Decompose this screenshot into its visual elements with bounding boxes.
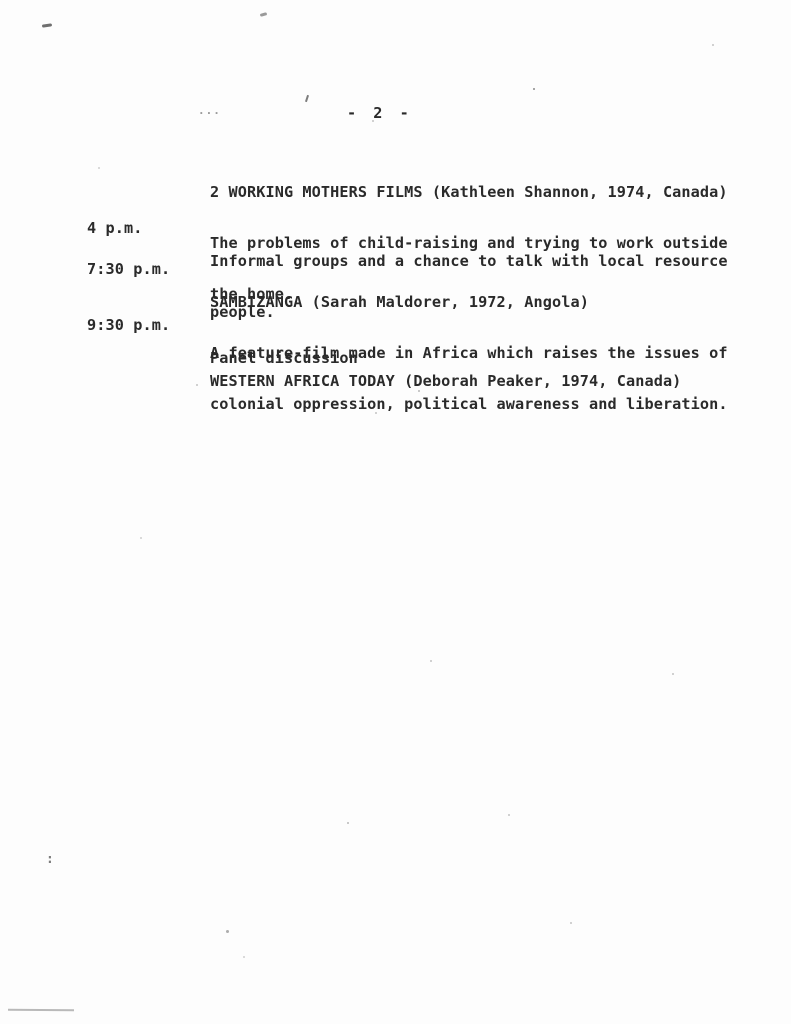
scan-speckle — [98, 167, 100, 169]
scan-colon-mark: : — [46, 852, 54, 867]
scanned-document-page: ... : - 2 - 2 WORKING MOTHERS FILMS (Kat… — [0, 0, 791, 1024]
entry-line: WESTERN AFRICA TODAY (Deborah Peaker, 19… — [210, 373, 681, 390]
entry-time: 4 p.m. — [87, 219, 142, 237]
intro-line: 2 WORKING MOTHERS FILMS (Kathleen Shanno… — [210, 184, 728, 201]
entry-description: WESTERN AFRICA TODAY (Deborah Peaker, 19… — [210, 339, 681, 424]
scan-speckle — [430, 660, 432, 662]
scan-smudge — [42, 23, 52, 27]
scan-speckle — [140, 537, 142, 539]
entry-time: 9:30 p.m. — [87, 316, 170, 334]
page-number: - 2 - — [347, 104, 413, 122]
entry-line: SAMBIZANGA (Sarah Maldorer, 1972, Angola… — [210, 294, 728, 311]
scan-speckle — [533, 88, 535, 90]
scan-tick — [305, 95, 309, 102]
scan-speckle — [712, 44, 714, 46]
scan-speckle — [196, 384, 198, 386]
scan-speckle — [508, 814, 510, 816]
entry-time: 7:30 p.m. — [87, 260, 170, 278]
scan-speckle — [347, 822, 349, 824]
scan-dots: ... — [198, 104, 221, 117]
scan-speckle — [570, 922, 572, 924]
scan-line-artifact — [8, 1009, 74, 1011]
scan-speckle — [672, 673, 674, 675]
scan-speckle — [243, 956, 245, 958]
scan-mark — [260, 12, 268, 17]
scan-speckle — [226, 930, 229, 933]
